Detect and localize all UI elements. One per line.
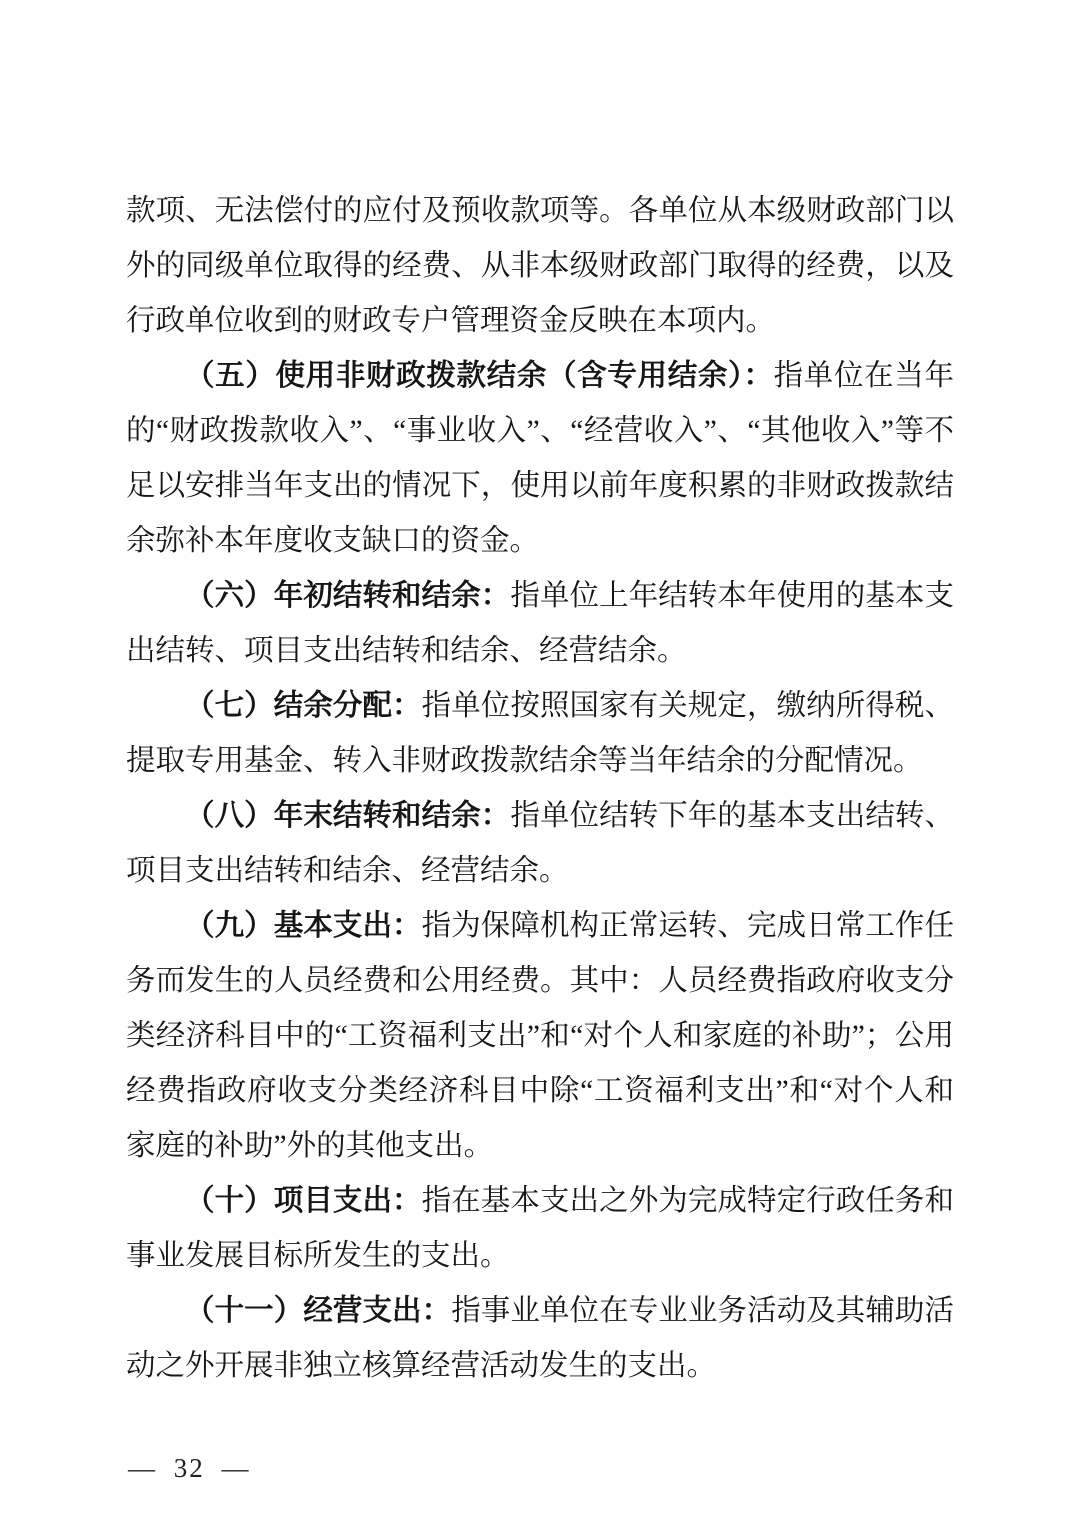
paragraph-text: 指为保障机构正常运转、完成日常工作任务而发生的人员经费和公用经费。其中：人员经费… [126, 910, 954, 1162]
document-page: 款项、无法偿付的应付及预收款项等。各单位从本级财政部门以外的同级单位取得的经费、… [0, 0, 1069, 1515]
paragraph: （八）年末结转和结余：指单位结转下年的基本支出结转、项目支出结转和结余、经营结余… [126, 789, 954, 899]
paragraph-heading: （五）使用非财政拨款结余（含专用结余）： [185, 360, 774, 392]
document-body: 款项、无法偿付的应付及预收款项等。各单位从本级财政部门以外的同级单位取得的经费、… [126, 184, 954, 1394]
paragraph: （六）年初结转和结余：指单位上年结转本年使用的基本支出结转、项目支出结转和结余、… [126, 569, 954, 679]
paragraph: （五）使用非财政拨款结余（含专用结余）：指单位在当年的“财政拨款收入”、“事业收… [126, 349, 954, 569]
paragraph-heading: （九）基本支出： [185, 910, 422, 942]
paragraph: （七）结余分配：指单位按照国家有关规定，缴纳所得税、提取专用基金、转入非财政拨款… [126, 679, 954, 789]
paragraph: （十）项目支出：指在基本支出之外为完成特定行政任务和事业发展目标所发生的支出。 [126, 1174, 954, 1284]
paragraph: 款项、无法偿付的应付及预收款项等。各单位从本级财政部门以外的同级单位取得的经费、… [126, 184, 954, 349]
paragraph-heading: （八）年末结转和结余： [185, 800, 510, 832]
paragraph-heading: （十）项目支出： [185, 1185, 422, 1217]
paragraph: （九）基本支出：指为保障机构正常运转、完成日常工作任务而发生的人员经费和公用经费… [126, 899, 954, 1174]
paragraph-text: 款项、无法偿付的应付及预收款项等。各单位从本级财政部门以外的同级单位取得的经费、… [126, 195, 954, 337]
paragraph-heading: （七）结余分配： [185, 690, 422, 722]
paragraph-heading: （十一）经营支出： [185, 1295, 451, 1327]
paragraph-heading: （六）年初结转和结余： [185, 580, 510, 612]
page-number: — 32 — [128, 1450, 251, 1486]
paragraph: （十一）经营支出：指事业单位在专业业务活动及其辅助活动之外开展非独立核算经营活动… [126, 1284, 954, 1394]
